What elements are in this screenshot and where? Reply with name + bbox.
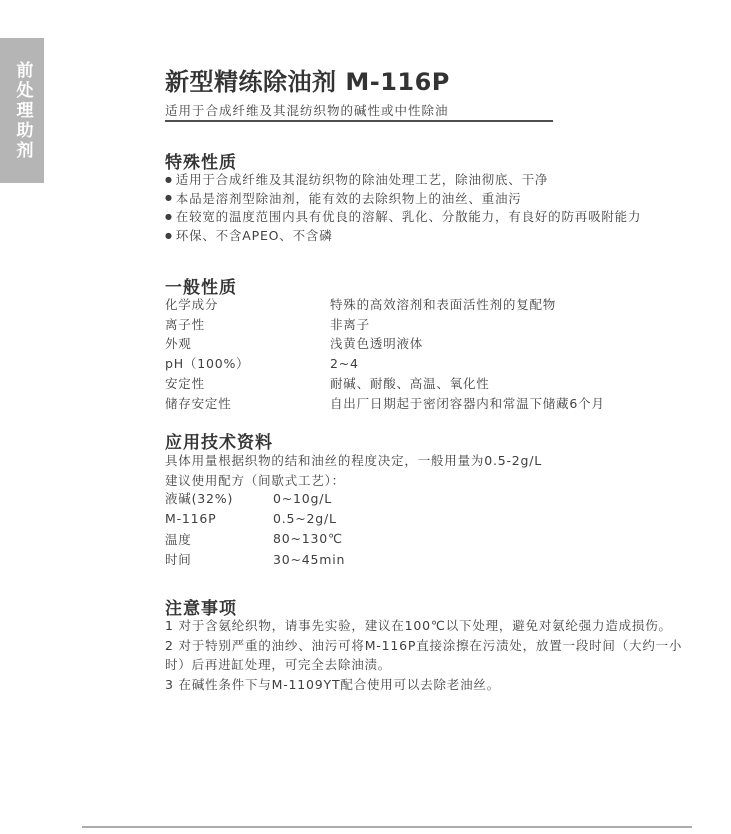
recipe-label: M-116P [165,511,273,526]
bullet-icon: ● [165,231,173,240]
title-divider [165,120,553,122]
list-item-text: 环保、不含APEO、不含磷 [176,226,333,244]
page-subtitle: 适用于合成纤维及其混纺织物的碱性或中性除油 [165,101,449,119]
page-footer-divider [82,826,692,828]
table-row: pH（100%） 2~4 [165,353,700,373]
table-row: 储存安定性 自出厂日期起于密闭容器内和常温下储藏6个月 [165,393,700,413]
property-label: 储存安定性 [165,394,330,412]
note-item: 2 对于特别严重的油纱、油污可将M-116P直接涂擦在污渍处，放置一段时间（大约… [165,636,685,675]
property-value: 浅黄色透明液体 [330,334,423,352]
property-label: 安定性 [165,374,330,392]
recipe-value: 80~130℃ [273,531,343,546]
property-value: 自出厂日期起于密闭容器内和常温下储藏6个月 [330,394,605,412]
recipe-label: 液碱(32%) [165,489,273,507]
table-row: 离子性 非离子 [165,314,700,334]
table-row: M-116P 0.5~2g/L [165,508,565,528]
intro-line: 具体用量根据织物的结和油丝的程度决定，一般用量为0.5-2g/L [165,450,700,470]
list-item-text: 本品是溶剂型除油剂，能有效的去除织物上的油丝、重油污 [176,189,522,207]
recipe-label: 时间 [165,550,273,568]
recipe-value: 30~45min [273,552,345,567]
table-row: 液碱(32%) 0~10g/L [165,488,565,508]
bullet-icon: ● [165,175,173,184]
recipe-table: 液碱(32%) 0~10g/L M-116P 0.5~2g/L 温度 80~13… [165,488,565,569]
note-item: 3 在碱性条件下与M-1109YT配合使用可以去除老油丝。 [165,675,685,695]
property-label: 化学成分 [165,295,330,313]
list-item: ● 环保、不含APEO、不含磷 [165,226,700,245]
notes-list: 1 对于含氨纶织物，请事先实验，建议在100℃以下处理，避免对氨纶强力造成损伤。… [165,616,685,694]
special-properties-list: ● 适用于合成纤维及其混纺织物的除油处理工艺，除油彻底、干净 ● 本品是溶剂型除… [165,170,700,244]
recipe-label: 温度 [165,530,273,548]
list-item: ● 在较宽的温度范围内具有优良的溶解、乳化、分散能力，有良好的防再吸附能力 [165,207,700,226]
property-value: 2~4 [330,356,359,371]
table-row: 安定性 耐碱、耐酸、高温、氧化性 [165,373,700,393]
property-label: pH（100%） [165,354,330,372]
table-row: 外观 浅黄色透明液体 [165,334,700,354]
list-item: ● 适用于合成纤维及其混纺织物的除油处理工艺，除油彻底、干净 [165,170,700,189]
property-label: 离子性 [165,315,330,333]
intro-line: 建议使用配方（间歇式工艺）： [165,470,700,490]
page-title: 新型精练除油剂 M-116P [165,62,450,97]
property-label: 外观 [165,334,330,352]
table-row: 时间 30~45min [165,549,565,569]
list-item-text: 在较宽的温度范围内具有优良的溶解、乳化、分散能力，有良好的防再吸附能力 [176,207,642,225]
table-row: 化学成分 特殊的高效溶剂和表面活性剂的复配物 [165,294,700,314]
list-item: ● 本品是溶剂型除油剂，能有效的去除织物上的油丝、重油污 [165,189,700,208]
property-value: 耐碱、耐酸、高温、氧化性 [330,374,490,392]
application-intro: 具体用量根据织物的结和油丝的程度决定，一般用量为0.5-2g/L 建议使用配方（… [165,450,700,490]
note-item: 1 对于含氨纶织物，请事先实验，建议在100℃以下处理，避免对氨纶强力造成损伤。 [165,616,685,636]
list-item-text: 适用于合成纤维及其混纺织物的除油处理工艺，除油彻底、干净 [176,170,548,188]
bullet-icon: ● [165,212,173,221]
recipe-value: 0.5~2g/L [273,511,337,526]
bullet-icon: ● [165,193,173,202]
recipe-value: 0~10g/L [273,491,332,506]
table-row: 温度 80~130℃ [165,529,565,549]
category-tab: 前处理助剂 [0,38,44,183]
property-value: 特殊的高效溶剂和表面活性剂的复配物 [330,295,556,313]
category-tab-label: 前处理助剂 [14,61,31,161]
property-value: 非离子 [330,315,370,333]
general-properties-table: 化学成分 特殊的高效溶剂和表面活性剂的复配物 离子性 非离子 外观 浅黄色透明液… [165,294,700,413]
